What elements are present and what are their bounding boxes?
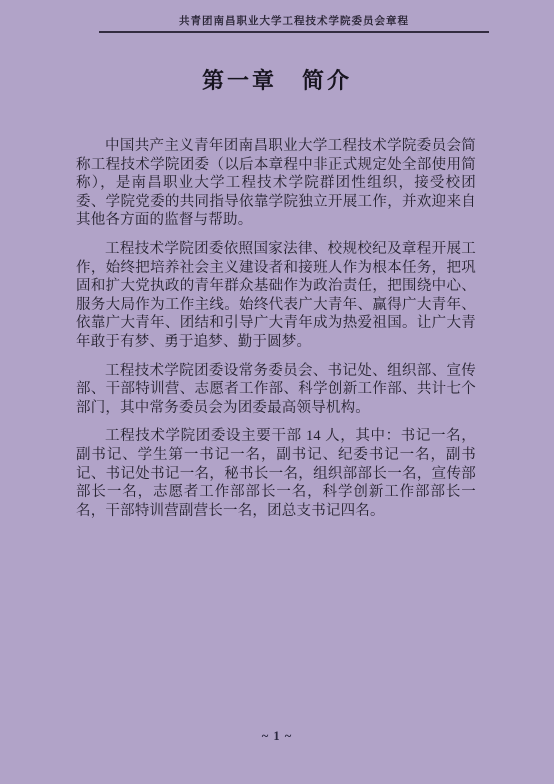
document-page: 共青团南昌职业大学工程技术学院委员会章程 第一章 简介 中国共产主义青年团南昌职… [0, 0, 554, 784]
paragraph-intro: 中国共产主义青年团南昌职业大学工程技术学院委员会简称工程技术学院团委（以后本章程… [76, 137, 476, 230]
paragraph-cadres: 工程技术学院团委设主要干部 14 人，其中：书记一名，副书记、学生第一书记一名，… [76, 427, 476, 520]
paragraph-mission: 工程技术学院团委依照国家法律、校规校纪及章程开展工作，始终把培养社会主义建设者和… [76, 240, 476, 352]
page-number: ~ 1 ~ [0, 729, 554, 744]
paragraph-departments: 工程技术学院团委设常务委员会、书记处、组织部、宣传部、干部特训营、志愿者工作部、… [76, 362, 476, 418]
document-body: 中国共产主义青年团南昌职业大学工程技术学院委员会简称工程技术学院团委（以后本章程… [76, 137, 476, 530]
header-title: 共青团南昌职业大学工程技术学院委员会章程 [179, 16, 409, 27]
page-header: 共青团南昌职业大学工程技术学院委员会章程 [99, 13, 489, 33]
chapter-title: 第一章 简介 [0, 64, 554, 95]
